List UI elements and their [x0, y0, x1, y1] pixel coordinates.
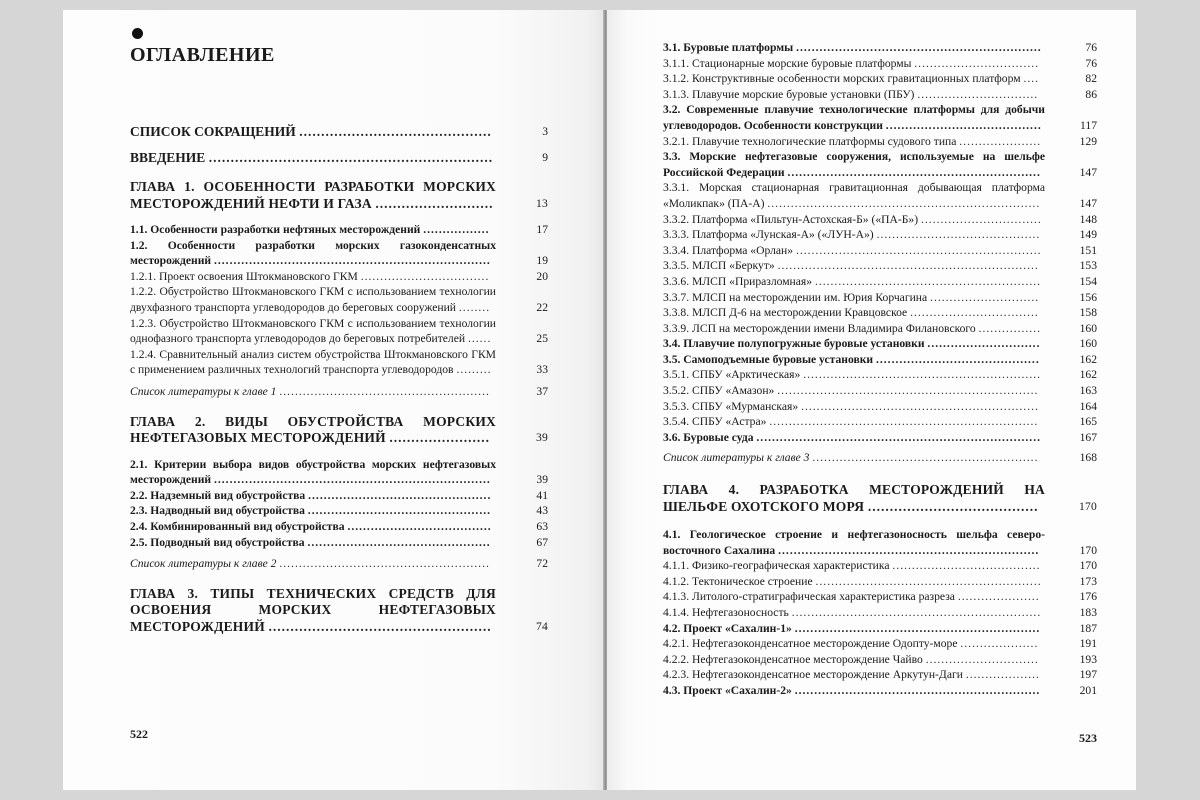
toc-entry-title: 3.5.2. СПБУ «Амазон» [663, 384, 777, 397]
toc-entry: 3.3.6. МЛСП «Приразломная» .............… [663, 274, 1097, 290]
toc-entry: 3.2. Современные плавучие технологически… [663, 102, 1097, 133]
dot-leader: ........................................… [778, 544, 1039, 557]
toc-entry-page: 17 [508, 222, 548, 238]
dot-leader: ................................. [910, 306, 1039, 319]
toc-entry-title: 3.3.5. МЛСП «Беркут» [663, 259, 778, 272]
dot-leader: ........................................… [767, 197, 1040, 210]
toc-entry-page: 3 [508, 123, 548, 141]
dot-leader: ....................... [389, 430, 490, 445]
toc-entry-title: Список литературы к главе 3 [663, 451, 812, 464]
toc-entry-title: 3.3.2. Платформа «Пильтун-Астохская-Б» (… [663, 213, 921, 226]
dot-leader: ........................................… [796, 244, 1042, 257]
toc-entry-title: 2.2. Надземный вид обустройства [130, 489, 308, 502]
toc-entry: 4.1.3. Литолого-стратиграфическая характ… [663, 589, 1097, 605]
toc-entry-title: 4.2.3. Нефтегазоконденсатное месторожден… [663, 668, 966, 681]
dot-leader: ........................................… [816, 575, 1042, 588]
toc-entry: 4.3. Проект «Сахалин-2» ................… [663, 683, 1097, 699]
dot-leader: ................................ [914, 57, 1039, 70]
toc-entry: СПИСОК СОКРАЩЕНИЙ ......................… [130, 123, 548, 141]
dot-leader: .................... [960, 637, 1038, 650]
toc-entry-page: 164 [1057, 399, 1097, 415]
toc-entry-page: 148 [1057, 212, 1097, 228]
toc-entry-title: 4.3. Проект «Сахалин-2» [663, 684, 795, 697]
page-title: ОГЛАВЛЕНИЕ [130, 44, 548, 67]
toc-entry: 4.1.4. Нефтегазоносность ...............… [663, 605, 1097, 621]
toc-entry: 3.1.3. Плавучие морские буровые установк… [663, 87, 1097, 103]
bullet-icon [132, 28, 143, 39]
toc-entry: 3.5.2. СПБУ «Амазон» ...................… [663, 383, 1097, 399]
dot-leader: ........................................… [812, 451, 1038, 464]
dot-leader: ........................................… [209, 150, 493, 165]
toc-entry-page: 151 [1057, 243, 1097, 259]
toc-entry-title: 1.2.4. Сравнительный анализ систем обуст… [130, 348, 496, 377]
toc-entry-page: 147 [1057, 165, 1097, 181]
dot-leader: ........................................… [795, 684, 1041, 697]
toc-entry-page: 19 [508, 253, 548, 269]
dot-leader: ........................................… [279, 557, 490, 570]
toc-entry-page: 41 [508, 488, 548, 504]
toc-entry-page: 183 [1057, 605, 1097, 621]
dot-leader: ..................... [959, 135, 1041, 148]
toc-entry: 1.2.2. Обустройство Штокмановского ГКМ с… [130, 284, 548, 315]
toc-entry: ГЛАВА 4. РАЗРАБОТКА МЕСТОРОЖДЕНИЙ НА ШЕЛ… [663, 482, 1097, 515]
toc-entry-page: 22 [508, 300, 548, 316]
toc-entry: Список литературы к главе 3 ............… [663, 450, 1097, 466]
dot-leader: ........................................… [214, 254, 491, 267]
toc-entry: 4.1.2. Тектоническое строение ..........… [663, 574, 1097, 590]
toc-entry-page: 154 [1057, 274, 1097, 290]
toc-entry: 3.5. Самоподъемные буровые установки ...… [663, 352, 1097, 368]
toc-entry-title: 2.4. Комбинированный вид обустройства [130, 520, 347, 533]
toc-entry: 2.1. Критерии выбора видов обустройства … [130, 457, 548, 488]
toc-entry-page: 156 [1057, 290, 1097, 306]
dot-leader: ........................................… [801, 400, 1039, 413]
toc-entry-page: 74 [508, 619, 548, 636]
dot-leader: ................ [979, 322, 1041, 335]
toc-entry-page: 170 [1057, 543, 1097, 559]
toc-entry: 1.1. Особенности разработки нефтяных мес… [130, 222, 548, 238]
toc-entry: 2.2. Надземный вид обустройства ........… [130, 488, 548, 504]
dot-leader: ..................................... [347, 520, 491, 533]
toc-entry-page: 72 [508, 556, 548, 572]
toc-entry-page: 25 [508, 331, 548, 347]
toc-entry-page: 63 [508, 519, 548, 535]
toc-entry-page: 37 [508, 384, 548, 400]
dot-leader: ........................................ [886, 119, 1042, 132]
toc-entry: 3.3.1. Морская стационарная гравитационн… [663, 180, 1097, 211]
toc-entry: 1.2. Особенности разработки морских газо… [130, 238, 548, 269]
dot-leader: ........................................… [756, 431, 1041, 444]
toc-entry-page: 168 [1057, 450, 1097, 466]
toc-entry-page: 82 [1057, 71, 1097, 87]
toc-entry-page: 153 [1057, 258, 1097, 274]
toc-entry-title: 4.1.2. Тектоническое строение [663, 575, 816, 588]
dot-leader: ........................................… [876, 353, 1040, 366]
toc-entry-page: 170 [1057, 558, 1097, 574]
toc-entry-page: 67 [508, 535, 548, 551]
page-number-left: 522 [130, 727, 148, 742]
dot-leader: ........................................… [308, 504, 491, 517]
toc-entry-title: 3.1.1. Стационарные морские буровые плат… [663, 57, 914, 70]
dot-leader: ........................................… [769, 415, 1038, 428]
dot-leader: ........................................… [803, 368, 1041, 381]
toc-entry-title: 1.2.2. Обустройство Штокмановского ГКМ с… [130, 285, 496, 314]
toc-entry: 3.3. Морские нефтегазовые сооружения, ис… [663, 149, 1097, 180]
toc-entry-title: 4.1.4. Нефтегазоносность [663, 606, 792, 619]
toc-entry: 4.1. Геологическое строение и нефтегазон… [663, 527, 1097, 558]
toc-entry-title: 3.6. Буровые суда [663, 431, 756, 444]
toc-entry: 3.3.9. ЛСП на месторождении имени Владим… [663, 321, 1097, 337]
toc-entry-page: 39 [508, 430, 548, 447]
dot-leader: ............................. [927, 337, 1040, 350]
dot-leader: ..................... [958, 590, 1040, 603]
right-page-content: 3.1. Буровые платформы .................… [663, 40, 1097, 699]
dot-leader: .... [1023, 72, 1039, 85]
dot-leader: ........................................… [787, 166, 1040, 179]
toc-entry-page: 33 [508, 362, 548, 378]
dot-leader: ........................................… [299, 124, 492, 139]
dot-leader: ............................ [930, 291, 1039, 304]
toc-entry: 3.6. Буровые суда ......................… [663, 430, 1097, 446]
toc-entry-page: 160 [1057, 336, 1097, 352]
toc-entry: 4.2. Проект «Сахалин-1» ................… [663, 621, 1097, 637]
toc-entry-title: СПИСОК СОКРАЩЕНИЙ [130, 124, 299, 139]
toc-entry-title: 2.3. Надводный вид обустройства [130, 504, 308, 517]
toc-entry: 3.3.3. Платформа «Лунская-А» («ЛУН-А») .… [663, 227, 1097, 243]
dot-leader: ................. [423, 223, 489, 236]
toc-entry-page: 39 [508, 472, 548, 488]
toc-entry-page: 165 [1057, 414, 1097, 430]
toc-entry-title: 4.1.3. Литолого-стратиграфическая характ… [663, 590, 958, 603]
toc-entry-page: 193 [1057, 652, 1097, 668]
toc-entry-page: 191 [1057, 636, 1097, 652]
dot-leader: ........................................… [795, 622, 1041, 635]
toc-entry-page: 20 [508, 269, 548, 285]
toc-entry: 3.3.4. Платформа «Орлан» ...............… [663, 243, 1097, 259]
page-number-right: 523 [1044, 731, 1097, 746]
left-page: ОГЛАВЛЕНИЕ СПИСОК СОКРАЩЕНИЙ ...........… [63, 10, 604, 790]
toc-entry-title: 4.2. Проект «Сахалин-1» [663, 622, 795, 635]
toc-entry: 3.2.1. Плавучие технологические платформ… [663, 134, 1097, 150]
toc-entry-page: 167 [1057, 430, 1097, 446]
dot-leader: ............................... [917, 88, 1038, 101]
dot-leader: ................... [966, 668, 1040, 681]
toc-entry-title: 3.3.7. МЛСП на месторождении им. Юрия Ко… [663, 291, 930, 304]
toc-entry-title: 3.5.4. СПБУ «Астра» [663, 415, 769, 428]
toc-entry-page: 163 [1057, 383, 1097, 399]
toc-entry-page: 201 [1057, 683, 1097, 699]
toc-entry: ГЛАВА 3. ТИПЫ ТЕХНИЧЕСКИХ СРЕДСТВ ДЛЯ ОС… [130, 586, 548, 636]
dot-leader: ...................................... [892, 559, 1040, 572]
dot-leader: ........................................… [778, 259, 1039, 272]
toc-entry-page: 158 [1057, 305, 1097, 321]
dot-leader: ............................. [926, 653, 1039, 666]
dot-leader: ......... [456, 363, 491, 376]
toc-entry-page: 149 [1057, 227, 1097, 243]
toc-entry: 3.1. Буровые платформы .................… [663, 40, 1097, 56]
dot-leader: ........ [459, 301, 490, 314]
toc-entry: 4.2.2. Нефтегазоконденсатное месторожден… [663, 652, 1097, 668]
toc-entry-title: 1.2.1. Проект освоения Штокмановского ГК… [130, 270, 361, 283]
toc-entry: 4.1.1. Физико-географическая характерист… [663, 558, 1097, 574]
toc-entry-page: 170 [1057, 499, 1097, 516]
toc-list-right: 3.1. Буровые платформы .................… [663, 40, 1097, 699]
toc-entry-page: 147 [1057, 196, 1097, 212]
toc-entry: 3.3.5. МЛСП «Беркут» ...................… [663, 258, 1097, 274]
dot-leader: ........................................… [268, 619, 491, 634]
toc-entry-page: 86 [1057, 87, 1097, 103]
toc-entry-title: 3.3.6. МЛСП «Приразломная» [663, 275, 815, 288]
toc-entry: 3.4. Плавучие полупогружные буровые уста… [663, 336, 1097, 352]
toc-entry: ГЛАВА 1. ОСОБЕННОСТИ РАЗРАБОТКИ МОРСКИХ … [130, 179, 548, 212]
toc-list-left: СПИСОК СОКРАЩЕНИЙ ......................… [130, 123, 548, 635]
toc-entry: 4.2.1. Нефтегазоконденсатное месторожден… [663, 636, 1097, 652]
toc-entry-page: 187 [1057, 621, 1097, 637]
toc-entry: ГЛАВА 2. ВИДЫ ОБУСТРОЙСТВА МОРСКИХ НЕФТЕ… [130, 414, 548, 447]
toc-entry-title: 3.5. Самоподъемные буровые установки [663, 353, 876, 366]
book-spread: ОГЛАВЛЕНИЕ СПИСОК СОКРАЩЕНИЙ ...........… [63, 10, 1136, 790]
toc-entry-title: 3.1. Буровые платформы [663, 41, 796, 54]
toc-entry: 3.3.8. МЛСП Д-6 на месторождении Кравцов… [663, 305, 1097, 321]
dot-leader: ........................................… [307, 536, 490, 549]
dot-leader: ........................................… [877, 228, 1041, 241]
toc-entry-title: Список литературы к главе 2 [130, 557, 279, 570]
toc-entry-title: 3.3.4. Платформа «Орлан» [663, 244, 796, 257]
toc-entry-title: 3.2.1. Плавучие технологические платформ… [663, 135, 959, 148]
dot-leader: ........................... [375, 196, 493, 211]
toc-entry-title: 3.3.9. ЛСП на месторождении имени Владим… [663, 322, 979, 335]
dot-leader: ........................................… [796, 41, 1042, 54]
toc-entry: ВВЕДЕНИЕ ...............................… [130, 149, 548, 167]
toc-entry-page: 173 [1057, 574, 1097, 590]
toc-entry: 2.4. Комбинированный вид обустройства ..… [130, 519, 548, 535]
toc-entry: 4.2.3. Нефтегазоконденсатное месторожден… [663, 667, 1097, 683]
toc-entry-page: 162 [1057, 352, 1097, 368]
toc-entry-title: 3.3.8. МЛСП Д-6 на месторождении Кравцов… [663, 306, 910, 319]
toc-entry-title: 2.5. Подводный вид обустройства [130, 536, 307, 549]
toc-entry-title: 4.1.1. Физико-географическая характерист… [663, 559, 892, 572]
toc-entry: Список литературы к главе 2 ............… [130, 556, 548, 572]
toc-entry: 3.1.1. Стационарные морские буровые плат… [663, 56, 1097, 72]
toc-entry: 2.3. Надводный вид обустройства ........… [130, 503, 548, 519]
dot-leader: ........................................… [279, 385, 490, 398]
toc-entry: Список литературы к главе 1 ............… [130, 384, 548, 400]
toc-entry: 1.2.1. Проект освоения Штокмановского ГК… [130, 269, 548, 285]
toc-entry-title: 3.1.2. Конструктивные особенности морски… [663, 72, 1023, 85]
toc-entry-page: 129 [1057, 134, 1097, 150]
toc-entry: 3.5.1. СПБУ «Арктическая» ..............… [663, 367, 1097, 383]
toc-entry-page: 197 [1057, 667, 1097, 683]
toc-entry-title: 3.1.3. Плавучие морские буровые установк… [663, 88, 917, 101]
dot-leader: ....................................... [868, 499, 1039, 514]
toc-entry-title: 3.5.3. СПБУ «Мурманская» [663, 400, 801, 413]
toc-entry: 3.1.2. Конструктивные особенности морски… [663, 71, 1097, 87]
toc-entry: 1.2.4. Сравнительный анализ систем обуст… [130, 347, 548, 378]
dot-leader: ...... [468, 332, 491, 345]
toc-entry: 2.5. Подводный вид обустройства ........… [130, 535, 548, 551]
toc-entry: 3.5.3. СПБУ «Мурманская» ...............… [663, 399, 1097, 415]
toc-entry-title: 4.2.2. Нефтегазоконденсатное месторожден… [663, 653, 926, 666]
toc-entry-title: 4.2.1. Нефтегазоконденсатное месторожден… [663, 637, 960, 650]
toc-entry-page: 160 [1057, 321, 1097, 337]
toc-entry-title: ВВЕДЕНИЕ [130, 150, 209, 165]
dot-leader: ................................. [361, 270, 490, 283]
dot-leader: ........................................… [308, 489, 491, 502]
toc-entry-title: 1.2.3. Обустройство Штокмановского ГКМ с… [130, 317, 496, 346]
toc-entry-page: 43 [508, 503, 548, 519]
toc-entry: 3.3.7. МЛСП на месторождении им. Юрия Ко… [663, 290, 1097, 306]
dot-leader: ........................................… [815, 275, 1041, 288]
toc-entry-page: 162 [1057, 367, 1097, 383]
toc-entry-page: 76 [1057, 56, 1097, 72]
toc-entry-title: 1.1. Особенности разработки нефтяных мес… [130, 223, 423, 236]
toc-entry-page: 117 [1057, 118, 1097, 134]
toc-entry-page: 13 [508, 196, 548, 213]
toc-entry-page: 9 [508, 149, 548, 167]
dot-leader: ............................... [921, 213, 1042, 226]
dot-leader: ........................................… [214, 473, 491, 486]
right-page: 3.1. Буровые платформы .................… [607, 10, 1136, 790]
toc-entry-title: Список литературы к главе 1 [130, 385, 279, 398]
dot-leader: ........................................… [792, 606, 1042, 619]
toc-entry-title: 3.3.3. Платформа «Лунская-А» («ЛУН-А») [663, 228, 877, 241]
toc-entry-page: 76 [1057, 40, 1097, 56]
toc-entry: 1.2.3. Обустройство Штокмановского ГКМ с… [130, 316, 548, 347]
toc-entry-page: 176 [1057, 589, 1097, 605]
toc-entry: 3.5.4. СПБУ «Астра» ....................… [663, 414, 1097, 430]
toc-entry: 3.3.2. Платформа «Пильтун-Астохская-Б» (… [663, 212, 1097, 228]
toc-entry-title: 3.5.1. СПБУ «Арктическая» [663, 368, 803, 381]
left-page-content: ОГЛАВЛЕНИЕ СПИСОК СОКРАЩЕНИЙ ...........… [130, 28, 548, 635]
toc-entry-title: 3.4. Плавучие полупогружные буровые уста… [663, 337, 927, 350]
dot-leader: ........................................… [777, 384, 1038, 397]
